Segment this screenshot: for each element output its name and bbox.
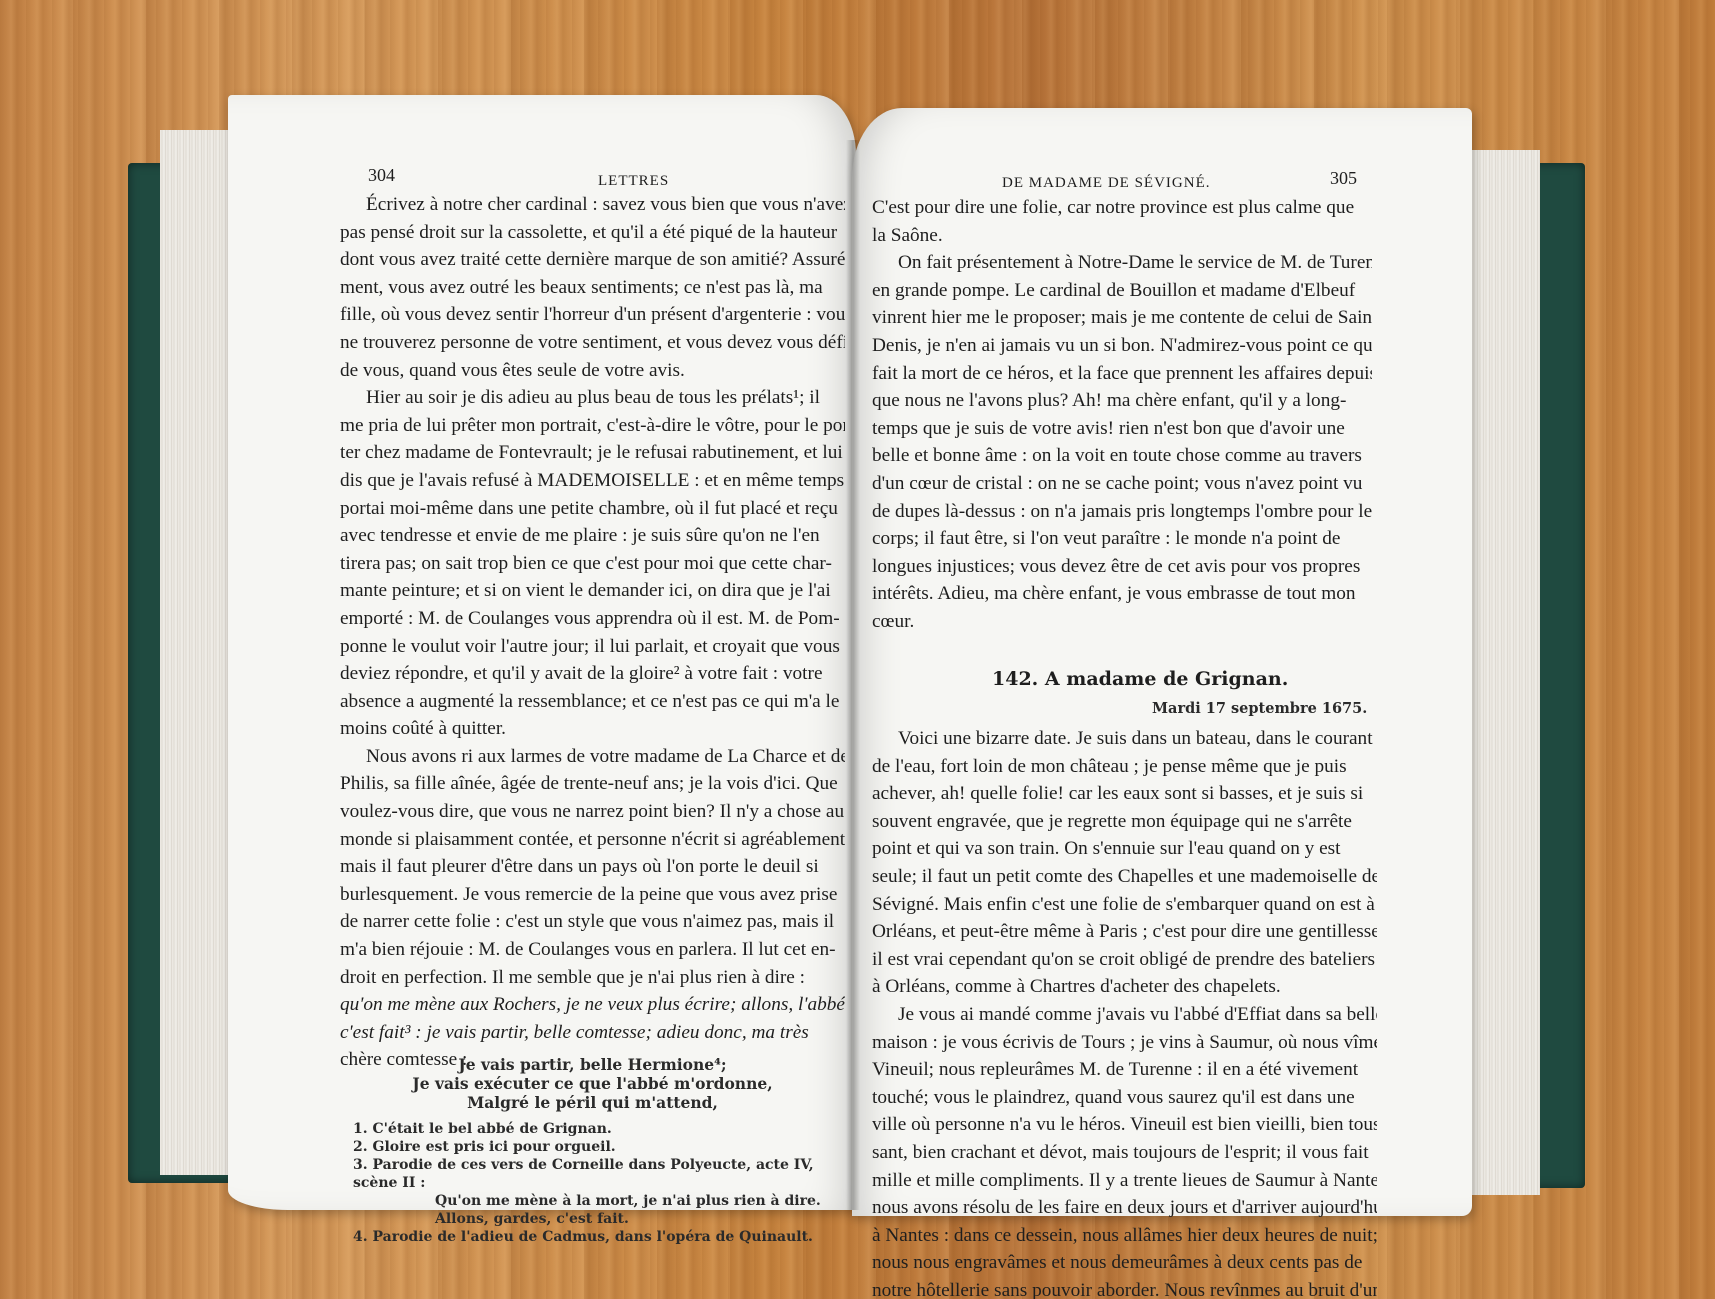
verse-quote: Je vais partir, belle Hermione⁴; Je vais… [340, 1055, 845, 1112]
left-page-body: Écrivez à notre cher cardinal : savez vo… [340, 191, 845, 1074]
text-line: la Saône. [872, 222, 1372, 250]
text-line: dont vous avez traité cette dernière mar… [340, 246, 845, 274]
text-line: de vous, quand vous êtes seule de votre … [340, 357, 845, 385]
text-line: point et qui va son train. On s'ennuie s… [872, 835, 1377, 863]
text-line: belle et bonne âme : on la voit en toute… [872, 442, 1372, 470]
letter-date: Mardi 17 septembre 1675. [1152, 700, 1367, 717]
text-line: ville où personne n'a vu le héros. Vineu… [872, 1111, 1377, 1139]
verse-line: Je vais partir, belle Hermione⁴; [340, 1055, 845, 1074]
text-line: Écrivez à notre cher cardinal : savez vo… [340, 191, 845, 219]
text-line: Hier au soir je dis adieu au plus beau d… [340, 384, 845, 412]
text-line: ne trouverez personne de votre sentiment… [340, 329, 845, 357]
left-page: 304 LETTRES Écrivez à notre cher cardina… [228, 95, 856, 1210]
text-line: c'est fait³ : je vais partir, belle comt… [340, 1019, 845, 1047]
text-line: portai moi-même dans une petite chambre,… [340, 495, 845, 523]
text-line: Voici une bizarre date. Je suis dans un … [872, 725, 1377, 753]
text-line: cœur. [872, 608, 1372, 636]
text-line: de dupes là-dessus : on n'a jamais pris … [872, 498, 1372, 526]
text-line: mais il faut pleurer d'être dans un pays… [340, 853, 845, 881]
text-line: Philis, sa fille aînée, âgée de trente-n… [340, 770, 845, 798]
text-line: corps; il faut être, si l'on veut paraît… [872, 525, 1372, 553]
text-line: longues injustices; vous devez être de c… [872, 553, 1372, 581]
text-line: fille, où vous devez sentir l'horreur d'… [340, 301, 845, 329]
right-page-body: C'est pour dire une folie, car notre pro… [872, 194, 1372, 636]
text-line: souvent engravée, que je regrette mon éq… [872, 808, 1377, 836]
text-line: droit en perfection. Il me semble que je… [340, 964, 845, 992]
text-line: sant, bien crachant et dévot, mais toujo… [872, 1139, 1377, 1167]
text-line: voulez-vous dire, que vous ne narrez poi… [340, 798, 845, 826]
verse-line: Je vais exécuter ce que l'abbé m'ordonne… [340, 1074, 845, 1093]
right-page-letter-body: Voici une bizarre date. Je suis dans un … [872, 725, 1377, 1299]
text-line: burlesquement. Je vous remercie de la pe… [340, 881, 845, 909]
footnote: 2. Gloire est pris ici pour orgueil. [353, 1138, 853, 1156]
text-line: Orléans, et peut-être même à Paris ; c'e… [872, 918, 1377, 946]
letter-heading: 142. A madame de Grignan. [992, 668, 1288, 690]
footnote-verse: Qu'on me mène à la mort, je n'ai plus ri… [353, 1192, 853, 1210]
page-number-left: 304 [368, 165, 395, 186]
text-line: C'est pour dire une folie, car notre pro… [872, 194, 1372, 222]
text-line: nous avons résolu de les faire en deux j… [872, 1194, 1377, 1222]
text-line: me pria de lui prêter mon portrait, c'es… [340, 412, 845, 440]
text-line: seule; il faut un petit comte des Chapel… [872, 863, 1377, 891]
text-line: deviez répondre, et qu'il y avait de la … [340, 660, 845, 688]
text-line: avec tendresse et envie de me plaire : j… [340, 522, 845, 550]
text-line: Nous avons ri aux larmes de votre madame… [340, 743, 845, 771]
text-line: nous nous engravâmes et nous demeurâmes … [872, 1249, 1377, 1277]
text-line: ponne le voulut voir l'autre jour; il lu… [340, 633, 845, 661]
text-line: ment, vous avez outré les beaux sentimen… [340, 274, 845, 302]
text-line: mille et mille compliments. Il y a trent… [872, 1167, 1377, 1195]
text-line: vinrent hier me le proposer; mais je me … [872, 304, 1372, 332]
text-line: tirera pas; on sait trop bien ce que c'e… [340, 550, 845, 578]
text-line: de narrer cette folie : c'est un style q… [340, 908, 845, 936]
footnote: 4. Parodie de l'adieu de Cadmus, dans l'… [353, 1228, 853, 1246]
text-line: Je vous ai mandé comme j'avais vu l'abbé… [872, 1001, 1377, 1029]
footnote: 1. C'était le bel abbé de Grignan. [353, 1120, 853, 1138]
footnote: 3. Parodie de ces vers de Corneille dans… [353, 1156, 853, 1192]
book-gutter [846, 140, 860, 1210]
text-line: maison : je vous écrivis de Tours ; je v… [872, 1029, 1377, 1057]
text-line: notre hôtellerie sans pouvoir aborder. N… [872, 1277, 1377, 1299]
text-line: emporté : M. de Coulanges vous apprendra… [340, 605, 845, 633]
running-head-right: DE MADAME DE SÉVIGNÉ. [1002, 175, 1211, 192]
text-line: Denis, je n'en ai jamais vu un si bon. N… [872, 332, 1372, 360]
verse-line: Malgré le péril qui m'attend, [340, 1093, 845, 1112]
text-line: moins coûté à quitter. [340, 715, 845, 743]
text-line: qu'on me mène aux Rochers, je ne veux pl… [340, 991, 845, 1019]
text-line: Sévigné. Mais enfin c'est une folie de s… [872, 891, 1377, 919]
text-line: On fait présentement à Notre-Dame le ser… [872, 249, 1372, 277]
text-line: temps que je suis de votre avis! rien n'… [872, 415, 1372, 443]
footnotes: 1. C'était le bel abbé de Grignan. 2. Gl… [353, 1120, 853, 1246]
page-number-right: 305 [1330, 168, 1357, 189]
text-line: que nous ne l'avons plus? Ah! ma chère e… [872, 387, 1372, 415]
text-line: absence a augmenté la ressemblance; et c… [340, 688, 845, 716]
text-line: d'un cœur de cristal : on ne se cache po… [872, 470, 1372, 498]
text-line: à Nantes : dans ce dessein, nous allâmes… [872, 1222, 1377, 1250]
text-line: pas pensé droit sur la cassolette, et qu… [340, 219, 845, 247]
page-edges-right [1460, 150, 1540, 1195]
text-line: de l'eau, fort loin de mon château ; je … [872, 753, 1377, 781]
text-line: fait la mort de ce héros, et la face que… [872, 360, 1372, 388]
text-line: m'a bien réjouie : M. de Coulanges vous … [340, 936, 845, 964]
text-line: achever, ah! quelle folie! car les eaux … [872, 780, 1377, 808]
footnote-verse: Allons, gardes, c'est fait. [353, 1210, 853, 1228]
text-line: intérêts. Adieu, ma chère enfant, je vou… [872, 580, 1372, 608]
right-page: DE MADAME DE SÉVIGNÉ. 305 C'est pour dir… [852, 108, 1472, 1216]
text-line: à Orléans, comme à Chartres d'acheter de… [872, 973, 1377, 1001]
text-line: Vineuil; nous repleurâmes M. de Turenne … [872, 1056, 1377, 1084]
text-line: dis que je l'avais refusé à MADEMOISELLE… [340, 467, 845, 495]
text-line: il est vrai cependant qu'on se croit obl… [872, 946, 1377, 974]
text-line: ter chez madame de Fontevrault; je le re… [340, 439, 845, 467]
text-line: touché; vous le plaindrez, quand vous sa… [872, 1084, 1377, 1112]
text-line: en grande pompe. Le cardinal de Bouillon… [872, 277, 1372, 305]
text-line: mante peinture; et si on vient le demand… [340, 577, 845, 605]
running-head-left: LETTRES [598, 173, 669, 190]
text-line: monde si plaisamment contée, et personne… [340, 826, 845, 854]
